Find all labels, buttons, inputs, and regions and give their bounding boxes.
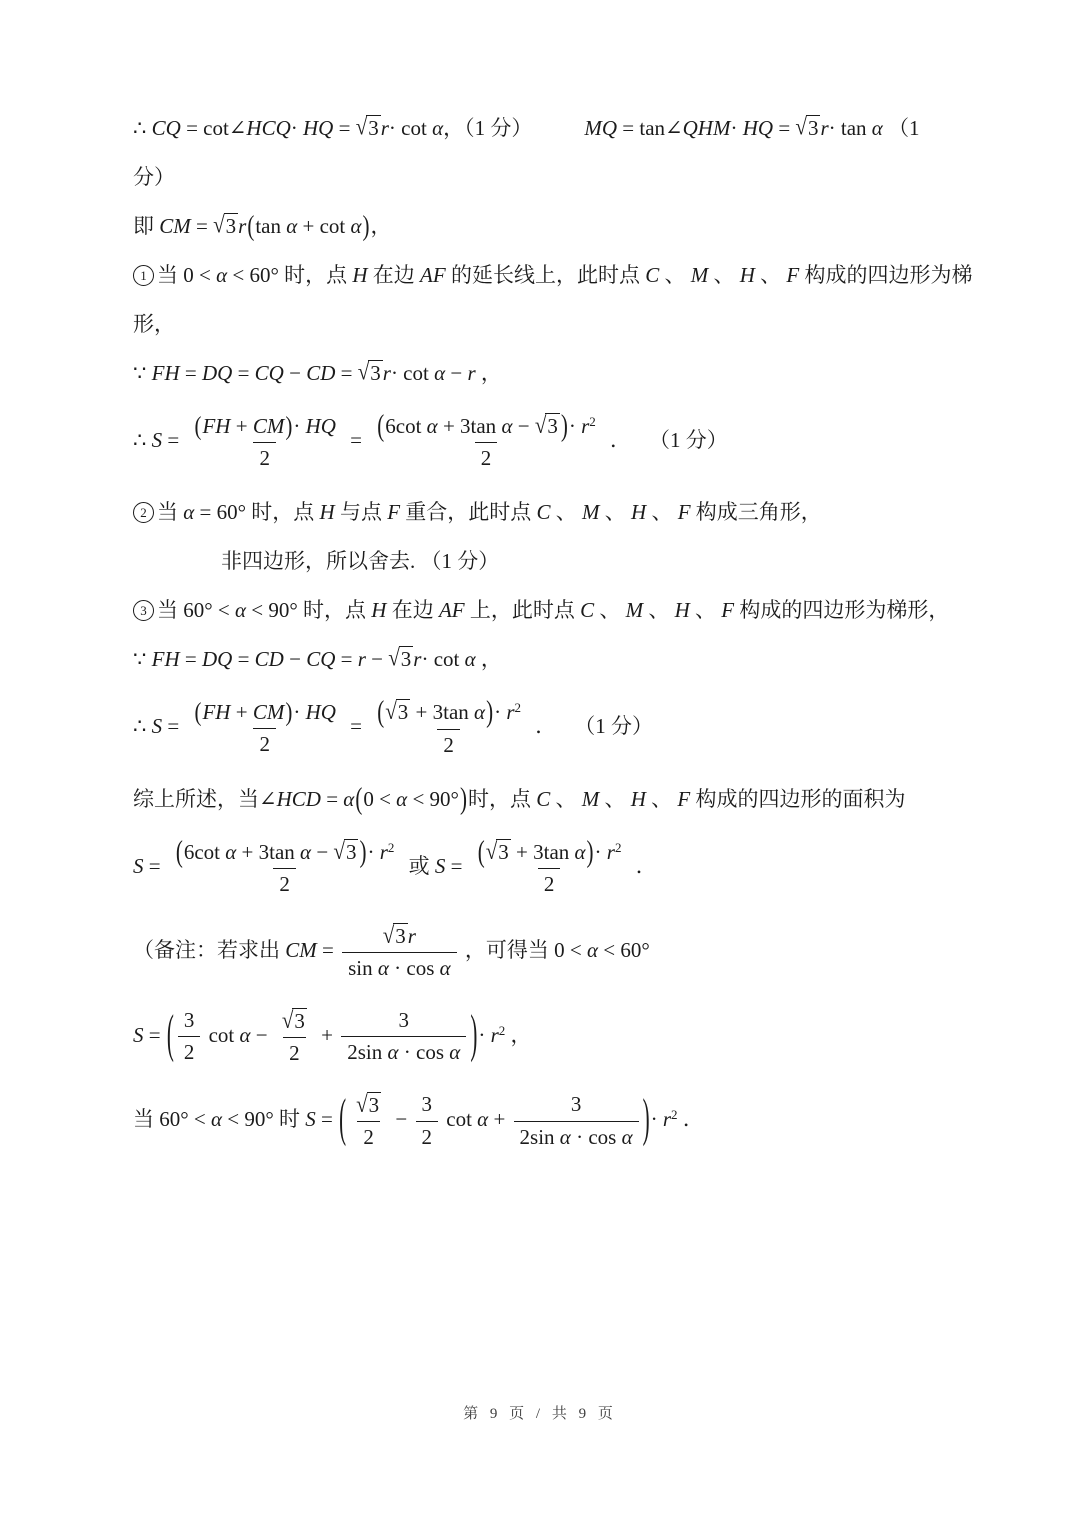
numerator: (6cot α + 3tan α − √3)· r2: [169, 838, 401, 868]
text-run: 3: [346, 840, 357, 864]
math-variable: FH: [152, 361, 180, 385]
math-variable: C: [645, 263, 659, 287]
math-variable: S: [133, 854, 144, 878]
text-run: −: [251, 1023, 273, 1047]
text-run: 当 60° <: [133, 1107, 211, 1131]
text-run: ．: [530, 714, 556, 738]
math-variable: α: [211, 1107, 222, 1131]
text-run: =: [191, 214, 213, 238]
math-variable: AF: [439, 598, 465, 622]
radical-icon: √: [383, 922, 395, 950]
math-variable: α: [575, 840, 586, 864]
text-run: =: [162, 428, 184, 452]
math-variable: F: [387, 500, 400, 524]
radicand: 3: [399, 646, 414, 671]
math-variable: α: [396, 787, 407, 811]
fraction: 32sin α · cos α: [514, 1091, 639, 1150]
text-run: =: [333, 116, 355, 140]
line-case1-intro: 1当 0 < α < 60° 时，点 H 在边 AF 的延长线上，此时点 C 、…: [133, 259, 973, 292]
text-run: ，: [476, 361, 502, 385]
radicand: 3: [292, 1008, 307, 1033]
text-run: ∴: [133, 714, 152, 738]
radical-icon: √: [356, 1091, 368, 1119]
text-run: 分）: [133, 165, 175, 189]
radical-icon: √: [385, 698, 397, 726]
text-run: =: [316, 1107, 338, 1131]
text-run: ·: [494, 700, 506, 724]
math-variable: F: [677, 787, 690, 811]
text-run: 构成的四边形为梯形，: [734, 598, 949, 622]
text-run: ．: [605, 428, 631, 452]
math-variable: F: [678, 500, 691, 524]
math-variable: r: [491, 1023, 499, 1047]
big-paren: (: [376, 408, 385, 445]
text-run: 3: [401, 647, 412, 671]
math-variable: F: [721, 598, 734, 622]
text-run: =: [317, 938, 339, 962]
math-variable: α: [286, 214, 297, 238]
circled-number: 2: [133, 502, 154, 523]
math-variable: α: [240, 1023, 251, 1047]
math-variable: CQ: [306, 647, 335, 671]
math-variable: DQ: [202, 647, 232, 671]
math-variable: r: [467, 361, 475, 385]
math-variable: α: [300, 840, 311, 864]
square-root: √3: [356, 1092, 381, 1118]
math-variable: α: [560, 1125, 571, 1149]
radical-icon: √: [333, 837, 345, 865]
text-run: 2: [259, 732, 270, 756]
text-run: sin: [348, 956, 378, 980]
square-root: √3: [213, 210, 238, 243]
math-variable: CM: [285, 938, 317, 962]
radical-icon: √: [358, 354, 370, 391]
math-variable: M: [626, 598, 644, 622]
text-run: =: [345, 714, 367, 738]
text-run: 、: [551, 500, 583, 524]
text-run: tan: [255, 214, 286, 238]
math-variable: α: [474, 700, 485, 724]
math-variable: α: [477, 1107, 488, 1131]
superscript: 2: [388, 840, 395, 855]
text-run: ，可得当 0 <: [460, 938, 587, 962]
square-root: √3: [795, 112, 820, 145]
text-run: ∴: [133, 116, 152, 140]
text-run: 形，: [133, 312, 175, 336]
math-variable: α: [622, 1125, 633, 1149]
text-run: −: [390, 1107, 412, 1131]
math-variable: r: [238, 214, 246, 238]
circled-number: 3: [133, 600, 154, 621]
math-variable: H: [740, 263, 755, 287]
math-variable: M: [691, 263, 709, 287]
math-variable: S: [133, 1023, 144, 1047]
math-variable: α: [235, 598, 246, 622]
big-paren: ): [362, 204, 371, 249]
fraction: (FH + CM)· HQ2: [187, 413, 341, 472]
text-run: ·: [367, 840, 379, 864]
math-variable: C: [580, 598, 594, 622]
radicand: 3: [545, 413, 560, 438]
text-run: + 3tan: [236, 840, 300, 864]
math-variable: H: [320, 500, 335, 524]
circled-number: 1: [133, 265, 154, 286]
line-note-area2: 当 60° < α < 90° 时 S = (√32 − 32 cot α + …: [133, 1091, 973, 1151]
text-run: +: [488, 1107, 510, 1131]
square-root: √3: [333, 839, 358, 865]
text-run: （1: [883, 116, 920, 140]
text-run: 2: [259, 446, 270, 470]
math-variable: α: [343, 787, 354, 811]
denominator: 2: [273, 868, 296, 898]
text-run: 3: [395, 924, 406, 948]
text-run: 2: [279, 872, 290, 896]
text-run: + 3tan: [410, 700, 474, 724]
text-run: 2sin: [520, 1125, 560, 1149]
square-root: √3: [358, 357, 383, 390]
math-variable: α: [465, 647, 476, 671]
big-paren: ): [459, 775, 468, 823]
numerator: 3: [393, 1007, 416, 1036]
math-variable: FH: [202, 700, 230, 724]
text-run: 3: [808, 116, 819, 140]
text-run: 、: [708, 263, 740, 287]
text-run: 当 0 <: [157, 263, 216, 287]
text-run: +: [316, 1023, 338, 1047]
text-run: 、: [646, 500, 678, 524]
line-summary-intro: 综上所述，当∠HCD = α(0 < α < 90°)时，点 C 、 M 、 H…: [133, 783, 973, 816]
radicand: 3: [393, 923, 408, 948]
line-case3-area: ∴ S = (FH + CM)· HQ2 = (√3 + 3tan α)· r2…: [133, 698, 973, 758]
big-paren: ): [284, 697, 293, 728]
radicand: 3: [367, 1092, 382, 1117]
text-run: 3: [226, 214, 237, 238]
math-variable: r: [408, 924, 416, 948]
square-root: √3: [383, 923, 408, 949]
math-variable: MQ: [584, 116, 617, 140]
superscript: 2: [589, 414, 596, 429]
text-run: + 3tan: [438, 414, 502, 438]
text-run: 上，此时点: [465, 598, 581, 622]
math-variable: α: [432, 116, 443, 140]
big-paren: (: [477, 834, 486, 871]
big-paren: (: [193, 410, 202, 441]
math-variable: C: [537, 500, 551, 524]
text-run: （备注：若求出: [133, 938, 285, 962]
math-variable: r: [506, 700, 514, 724]
text-run: 3: [422, 1092, 433, 1116]
fraction: (√3 + 3tan α)· r22: [370, 698, 527, 758]
text-run: ∵: [133, 361, 152, 385]
numerator: 3: [565, 1091, 588, 1120]
page-footer: 第 9 页 / 共 9 页: [0, 1402, 1080, 1423]
big-paren: ): [586, 834, 595, 871]
fraction: 32sin α · cos α: [341, 1007, 466, 1066]
big-paren: (: [175, 834, 184, 871]
document-page: { "page": { "footer": "第 9 页 / 共 9 页" },…: [0, 0, 1080, 1527]
text-run: （1 分）: [574, 714, 653, 738]
text-run: 3: [398, 700, 409, 724]
fraction: √32: [276, 1007, 313, 1067]
text-run: + 3tan: [511, 840, 575, 864]
text-run: · cot: [421, 647, 464, 671]
square-root: √3: [486, 839, 511, 865]
radicand: 3: [496, 839, 511, 864]
text-run: 、: [755, 263, 787, 287]
square-root: √3: [282, 1008, 307, 1034]
radical-icon: √: [388, 640, 400, 677]
fraction: (FH + CM)· HQ2: [187, 699, 341, 758]
math-variable: CQ: [255, 361, 284, 385]
denominator: 2: [416, 1121, 439, 1151]
big-paren: ): [642, 1077, 651, 1160]
math-variable: α: [388, 1040, 399, 1064]
numerator: 3: [178, 1007, 201, 1036]
text-run: · cot: [391, 361, 434, 385]
math-variable: C: [536, 787, 550, 811]
text-run: 、: [599, 787, 631, 811]
text-run: 3: [370, 361, 381, 385]
text-run: 在边: [386, 598, 439, 622]
text-run: 3: [399, 1008, 410, 1032]
text-run: 即: [133, 214, 159, 238]
denominator: 2: [283, 1037, 306, 1067]
math-variable: r: [607, 840, 615, 864]
line-case2-conclusion: 非四边形，所以舍去. （1 分）: [133, 545, 973, 578]
math-variable: S: [305, 1107, 316, 1131]
text-run: 2: [443, 733, 454, 757]
text-run: ·: [293, 414, 305, 438]
text-run: +: [230, 700, 252, 724]
line-case1-area: ∴ S = (FH + CM)· HQ2 = (6cot α + 3tan α …: [133, 412, 973, 472]
square-root: √3: [388, 643, 413, 676]
math-variable: HQ: [306, 414, 336, 438]
radical-icon: √: [356, 109, 368, 146]
big-paren: ): [560, 408, 569, 445]
line-formula-cq-mq-cont: 分）: [133, 161, 973, 194]
text-run: 3: [294, 1009, 305, 1033]
text-run: 3: [184, 1008, 195, 1032]
math-variable: CM: [253, 700, 285, 724]
text-run: < 90° 时: [222, 1107, 305, 1131]
radicand: 3: [344, 839, 359, 864]
text-run: ·: [291, 116, 303, 140]
text-run: < 90°: [407, 787, 459, 811]
radical-icon: √: [213, 207, 225, 244]
radicand: 3: [366, 115, 381, 140]
text-run: cot: [441, 1107, 477, 1131]
text-run: （1 分）: [649, 428, 728, 452]
math-variable: S: [435, 854, 446, 878]
math-variable: α: [351, 214, 362, 238]
math-variable: r: [381, 116, 389, 140]
text-run: =: [232, 647, 254, 671]
text-run: =: [773, 116, 795, 140]
math-variable: M: [582, 500, 600, 524]
radical-icon: √: [535, 412, 547, 440]
text-run: +: [230, 414, 252, 438]
radical-icon: √: [282, 1006, 294, 1034]
text-run: 2: [289, 1041, 300, 1065]
text-run: =: [144, 854, 166, 878]
text-run: =: [335, 647, 357, 671]
big-paren: (: [354, 775, 363, 823]
big-paren: (: [166, 993, 175, 1076]
line-case1-fh: ∵ FH = DQ = CQ − CD = √3r· cot α − r ，: [133, 357, 973, 390]
superscript: 2: [515, 700, 522, 715]
denominator: sin α · cos α: [342, 952, 457, 982]
math-variable: r: [380, 840, 388, 864]
fraction: √32: [350, 1091, 387, 1151]
big-paren: ): [284, 410, 293, 441]
radicand: 3: [396, 699, 411, 724]
text-run: =: [180, 361, 202, 385]
math-variable: CD: [255, 647, 284, 671]
denominator: 2: [475, 442, 498, 472]
line-note-area1: S = (32 cot α − √32 + 32sin α · cos α)· …: [133, 1007, 973, 1067]
text-run: =: [321, 787, 343, 811]
text-run: =: [345, 428, 367, 452]
math-variable: M: [582, 787, 600, 811]
text-run: ·: [730, 116, 742, 140]
line-formula-cm: 即 CM = √3r(tan α + cot α)，: [133, 210, 973, 243]
text-run: = 60° 时，点: [194, 500, 319, 524]
denominator: 2: [253, 728, 276, 758]
math-variable: HCD: [277, 787, 321, 811]
text-run: 6cot: [184, 840, 225, 864]
text-run: 当: [157, 500, 183, 524]
math-variable: FH: [202, 414, 230, 438]
math-variable: QHM: [683, 116, 731, 140]
text-run: · cot: [389, 116, 432, 140]
numerator: (√3 + 3tan α)· r2: [370, 698, 527, 728]
denominator: 2: [538, 868, 561, 898]
text-run: ，: [505, 1023, 531, 1047]
denominator: 2: [357, 1121, 380, 1151]
denominator: 2: [178, 1036, 201, 1066]
math-variable: CQ: [152, 116, 181, 140]
document-body: ∴ CQ = cot∠HCQ· HQ = √3r· cot α，（1 分）MQ …: [133, 112, 973, 1175]
big-paren: ): [358, 834, 367, 871]
radicand: 3: [806, 115, 821, 140]
text-run: 、: [690, 598, 722, 622]
math-variable: r: [383, 361, 391, 385]
math-variable: AF: [420, 263, 446, 287]
text-run: =: [144, 1023, 166, 1047]
math-variable: CM: [253, 414, 285, 438]
math-variable: DQ: [202, 361, 232, 385]
math-variable: S: [152, 428, 163, 452]
math-variable: α: [587, 938, 598, 962]
numerator: 3: [416, 1091, 439, 1120]
text-run: < 90° 时，点: [246, 598, 371, 622]
text-run: =: [162, 714, 184, 738]
line-case2-intro: 2当 α = 60° 时，点 H 与点 F 重合，此时点 C 、 M 、 H 、…: [133, 496, 973, 529]
text-run: 0 <: [363, 787, 396, 811]
radical-icon: √: [486, 837, 498, 865]
text-run: 2: [184, 1040, 195, 1064]
text-run: −: [512, 414, 534, 438]
text-run: 在边: [368, 263, 421, 287]
text-run: ，: [371, 214, 392, 238]
math-variable: CM: [159, 214, 191, 238]
text-run: 3: [368, 116, 379, 140]
denominator: 2sin α · cos α: [514, 1121, 639, 1151]
superscript: 2: [615, 840, 622, 855]
denominator: 2: [437, 729, 460, 759]
text-run: −: [311, 840, 333, 864]
math-variable: HQ: [743, 116, 773, 140]
fraction: √3rsin α · cos α: [342, 922, 457, 982]
text-run: ·: [595, 840, 607, 864]
text-run: 3: [547, 414, 558, 438]
math-variable: α: [216, 263, 227, 287]
text-run: ．: [678, 1107, 704, 1131]
big-paren: ): [469, 993, 478, 1076]
math-variable: HQ: [306, 700, 336, 724]
text-run: 综上所述，当∠: [133, 787, 277, 811]
text-run: · tan: [829, 116, 872, 140]
text-run: ∴: [133, 428, 152, 452]
text-run: < 60° 时，点: [227, 263, 352, 287]
numerator: (√3 + 3tan α)· r2: [471, 838, 628, 868]
math-variable: FH: [152, 647, 180, 671]
text-run: 重合，此时点: [400, 500, 537, 524]
numerator: √3r: [377, 922, 422, 952]
fraction: 32: [416, 1091, 439, 1150]
math-variable: HQ: [303, 116, 333, 140]
math-variable: α: [440, 956, 451, 980]
text-run: 6cot: [385, 414, 426, 438]
math-variable: α: [449, 1040, 460, 1064]
text-run: 与点: [335, 500, 388, 524]
math-variable: α: [183, 500, 194, 524]
math-variable: H: [631, 500, 646, 524]
math-variable: r: [820, 116, 828, 140]
text-run: 非四边形，所以舍去. （1 分）: [221, 549, 499, 573]
line-case3-intro: 3当 60° < α < 90° 时，点 H 在边 AF 上，此时点 C 、 M…: [133, 594, 973, 627]
text-run: 构成的四边形为梯: [799, 263, 972, 287]
math-variable: HCQ: [246, 116, 290, 140]
denominator: 2sin α · cos α: [341, 1036, 466, 1066]
text-run: ·: [569, 414, 581, 438]
text-run: 2: [481, 446, 492, 470]
denominator: 2: [253, 442, 276, 472]
text-run: 或: [403, 854, 435, 878]
math-variable: H: [371, 598, 386, 622]
text-run: =: [232, 361, 254, 385]
radicand: 3: [368, 360, 383, 385]
text-run: ．: [631, 854, 657, 878]
math-variable: r: [663, 1107, 671, 1131]
text-run: < 60°: [598, 938, 650, 962]
math-variable: α: [225, 840, 236, 864]
text-run: · cos: [571, 1125, 622, 1149]
text-run: =: [445, 854, 467, 878]
text-run: 2: [363, 1125, 374, 1149]
text-run: ，: [476, 647, 502, 671]
radicand: 3: [224, 213, 239, 238]
math-variable: α: [501, 414, 512, 438]
big-paren: (: [246, 204, 255, 249]
text-run: 当 60° <: [157, 598, 235, 622]
math-variable: α: [427, 414, 438, 438]
text-run: 2sin: [347, 1040, 387, 1064]
square-root: √3: [385, 699, 410, 725]
text-run: 、: [550, 787, 582, 811]
math-variable: H: [675, 598, 690, 622]
math-variable: F: [786, 263, 799, 287]
